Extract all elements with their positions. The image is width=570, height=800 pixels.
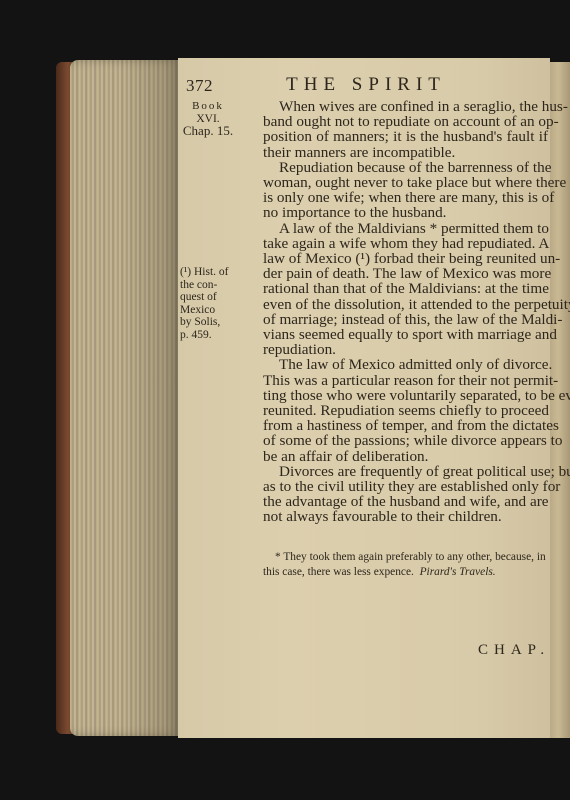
margin-note-citation: (¹) Hist. of the con- quest of Mexico by… [180, 266, 238, 341]
paragraph: Repudiation because of the barrenness of… [263, 160, 548, 221]
paragraph: Divorces are frequently of great politic… [263, 464, 548, 525]
running-head: 372 THE SPIRIT [186, 76, 546, 98]
margin-note-line: by Solis, [180, 316, 238, 329]
margin-note-line: p. 459. [180, 329, 238, 342]
text-line: not always favourable to their children. [263, 509, 548, 524]
text-line: This was a particular reason for their n… [263, 373, 548, 388]
text-line: be an affair of deliberation. [263, 449, 548, 464]
page-block-shadow [120, 60, 180, 736]
text-line: band ought not to repudiate on account o… [263, 114, 548, 129]
footnote: * They took them again preferably to any… [263, 550, 547, 580]
text-line: no importance to the husband. [263, 205, 548, 220]
text-line: their manners are incompatible. [263, 145, 548, 160]
text-line: woman, ought never to take place but whe… [263, 175, 548, 190]
text-line: vians seemed equally to sport with marri… [263, 327, 548, 342]
margin-note-line: quest of [180, 291, 238, 304]
footnote-source: Pirard's Travels. [420, 566, 496, 578]
text-line: Repudiation because of the barrenness of… [263, 160, 548, 175]
margin-note-line: Book [182, 100, 234, 113]
text-line: When wives are confined in a seraglio, t… [263, 99, 548, 114]
footnote-text: this case, there was less expence. [263, 566, 414, 578]
margin-note-line: (¹) Hist. of [180, 266, 238, 279]
text-line: rational than that of the Maldivians: at… [263, 281, 548, 296]
text-line: A law of the Maldivians * permitted them… [263, 221, 548, 236]
paragraph: The law of Mexico admitted only of divor… [263, 357, 548, 463]
text-line: Divorces are frequently of great politic… [263, 464, 548, 479]
footnote-line: * They took them again preferably to any… [263, 550, 547, 565]
text-line: ting those who were voluntarily separate… [263, 388, 548, 403]
text-line: The law of Mexico admitted only of divor… [263, 357, 548, 372]
text-line: der pain of death. The law of Mexico was… [263, 266, 548, 281]
text-line: law of Mexico (¹) forbad their being reu… [263, 251, 548, 266]
text-line: the advantage of the husband and wife, a… [263, 494, 548, 509]
running-title: THE SPIRIT [256, 74, 476, 96]
paragraph: A law of the Maldivians * permitted them… [263, 221, 548, 358]
text-line: is only one wife; when there are many, t… [263, 190, 548, 205]
text-line: reunited. Repudiation seems chiefly to p… [263, 403, 548, 418]
text-line: position of manners; it is the husband's… [263, 129, 548, 144]
text-line: of marriage; instead of this, the law of… [263, 312, 548, 327]
margin-note-line: the con- [180, 279, 238, 292]
paragraph: When wives are confined in a seraglio, t… [263, 99, 548, 160]
margin-note-line: Chap. 15. [182, 125, 234, 138]
text-line: as to the civil utility they are establi… [263, 479, 548, 494]
body-text: When wives are confined in a seraglio, t… [263, 99, 548, 525]
text-line: take again a wife whom they had repudiat… [263, 236, 548, 251]
footnote-line: this case, there was less expence. Pirar… [263, 565, 547, 580]
text-line: of some of the passions; while divorce a… [263, 433, 548, 448]
page-number: 372 [186, 76, 213, 96]
text-line: from a hastiness of temper, and from the… [263, 418, 548, 433]
catchword: CHAP. [478, 642, 550, 659]
text-line: repudiation. [263, 342, 548, 357]
margin-note-line: Mexico [180, 304, 238, 317]
margin-note-book-chapter: Book XVI. Chap. 15. [182, 100, 234, 138]
text-line: even of the dissolution, it attended to … [263, 297, 548, 312]
